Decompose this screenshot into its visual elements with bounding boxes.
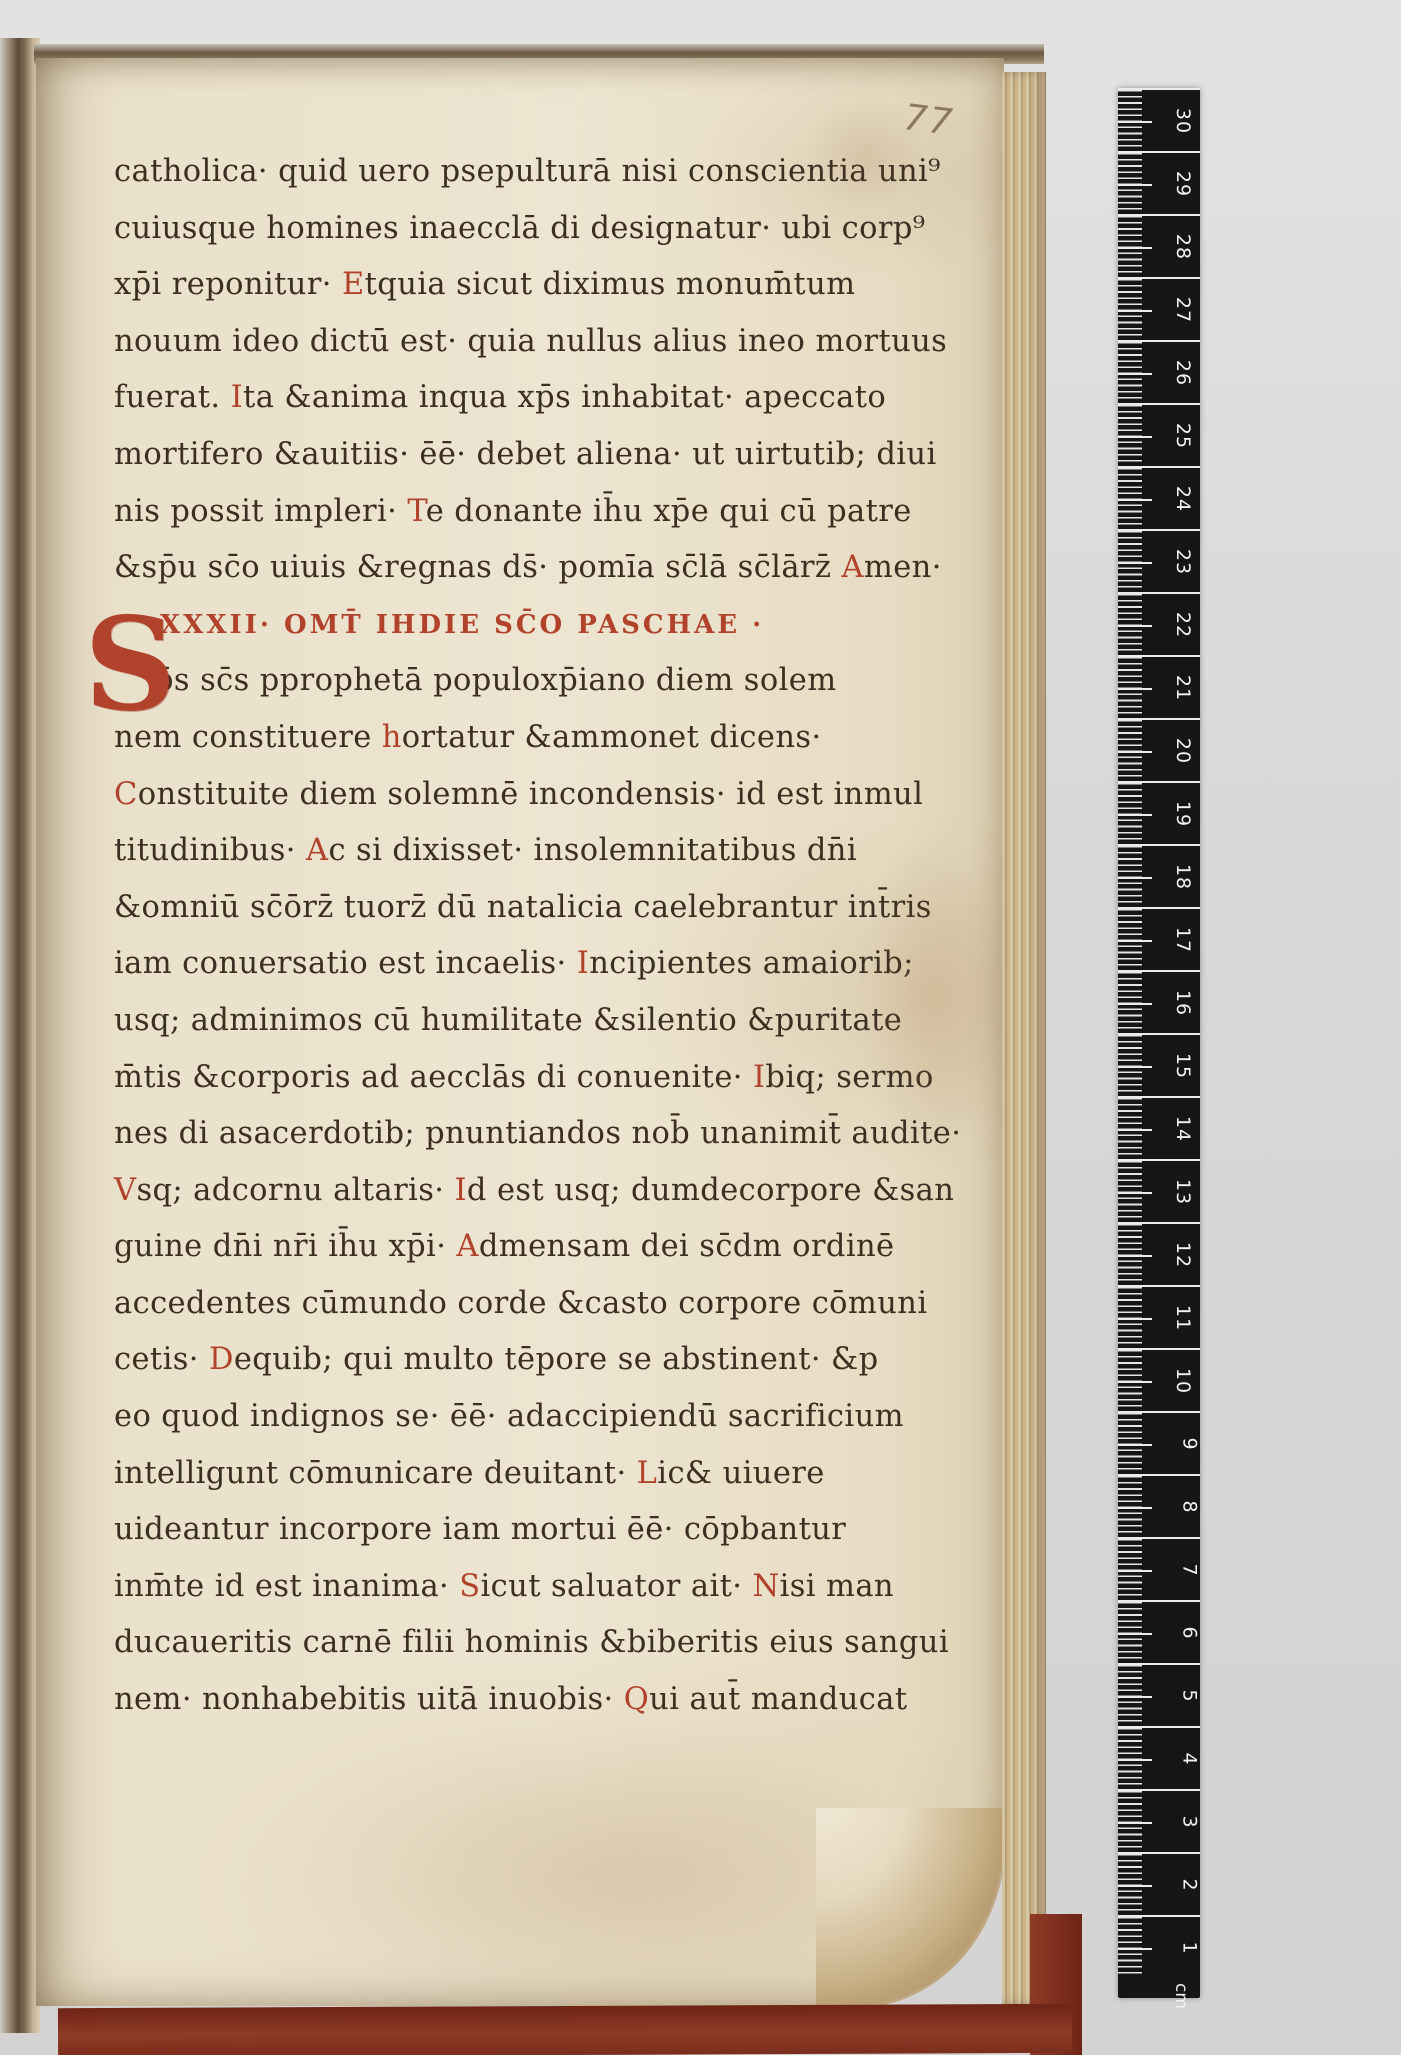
rubricated-letter: I — [753, 1060, 765, 1095]
ruler-number: 2 — [1178, 1878, 1200, 1891]
ruler-mm-ticks — [1118, 468, 1142, 529]
ruler-cm-cell: 24 — [1118, 466, 1200, 529]
manuscript-line: nouum ideo dictū est· quia nullus alius … — [114, 314, 994, 371]
ruler-number: 25 — [1172, 422, 1194, 448]
manuscript-line: eo quod indignos se· ēē· adaccipiendū sa… — [114, 1389, 994, 1446]
ruler-mm-ticks — [1118, 783, 1142, 844]
ruler-mm-ticks — [1118, 1602, 1142, 1663]
rubricated-letter: T — [407, 494, 425, 529]
ruler-cm-cell: 11 — [1118, 1285, 1200, 1348]
ruler-number: 1 — [1178, 1941, 1200, 1954]
ruler-cm-cell: 3 — [1118, 1789, 1200, 1852]
ruler-cm-cell: 6 — [1118, 1600, 1200, 1663]
rubricated-letter: C — [114, 777, 138, 812]
ruler-cm-cell: 9 — [1118, 1411, 1200, 1474]
ink-text: iam conuersatio est incaelis· — [114, 946, 577, 981]
ruler-mm-ticks — [1118, 909, 1142, 970]
manuscript-line: nem· nonhabebitis uitā inuobis· Qui aut̄… — [114, 1672, 994, 1729]
ruler-cm-cell: 28 — [1118, 214, 1200, 277]
ruler-number: 10 — [1172, 1367, 1194, 1393]
ruler-cm-cell: 10 — [1118, 1348, 1200, 1411]
ink-text: e donante ih̄u xp̄e qui cū patre — [426, 494, 912, 529]
text-block: catholica· quid uero psepulturā nisi con… — [114, 144, 994, 1729]
ink-text: c si dixisset· insolemnitatibus dn̄i — [328, 833, 857, 868]
manuscript-line: usq; adminimos cū humilitate &silentio &… — [114, 993, 994, 1050]
ink-text: ncipientes amaiorib; — [589, 946, 914, 981]
ink-text: catholica· quid uero psepulturā nisi con… — [114, 154, 941, 189]
ruler-mm-ticks — [1118, 1728, 1142, 1789]
rubricated-letter: N — [752, 1569, 779, 1604]
ink-text: icut saluator ait· — [481, 1569, 753, 1604]
manuscript-line: &omniū sc̄ōrz̄ tuorz̄ dū natalicia caele… — [114, 880, 994, 937]
book-spine-edge — [0, 38, 40, 2033]
ruler-mm-ticks — [1118, 1476, 1142, 1537]
ruler-mm-ticks — [1118, 1098, 1142, 1159]
ink-text: p̄s sc̄s pprophetā populoxp̄iano diem so… — [154, 663, 837, 698]
ink-text: titudinibus· — [114, 833, 306, 868]
ink-text: ui aut̄ manducat — [649, 1682, 907, 1717]
ruler-cm-cell: 30 — [1118, 88, 1200, 151]
manuscript-line: nem constituere hortatur &ammonet dicens… — [114, 710, 994, 767]
ruler-number: 23 — [1172, 548, 1194, 574]
ink-text: ortatur &ammonet dicens· — [402, 720, 822, 755]
ruler-number: 18 — [1172, 863, 1194, 889]
ruler-unit-label: cm — [1171, 1983, 1191, 2009]
ruler-mm-ticks — [1118, 279, 1142, 340]
ink-text: cetis· — [114, 1342, 209, 1377]
ink-text: sq; adcornu altaris· — [136, 1173, 454, 1208]
manuscript-line: inm̄te id est inanima· Sicut saluator ai… — [114, 1559, 994, 1616]
ruler-mm-ticks — [1118, 1791, 1142, 1852]
ruler-number: 4 — [1178, 1752, 1200, 1765]
rubricated-letter: A — [306, 833, 328, 868]
ruler-mm-ticks — [1118, 153, 1142, 214]
ruler-number: 5 — [1178, 1689, 1200, 1702]
rubricated-letter: A — [841, 550, 863, 585]
manuscript-line: Vsq; adcornu altaris· Id est usq; dumdec… — [114, 1163, 994, 1220]
ruler-mm-ticks — [1118, 1665, 1142, 1726]
ink-text: fuerat. — [114, 380, 231, 415]
manuscript-line: iam conuersatio est incaelis· Incipiente… — [114, 936, 994, 993]
ink-text: &sp̄u sc̄o uiuis &regnas ds̄· pomīa sc̄l… — [114, 550, 841, 585]
ruler-scale: 3029282726252423222120191817161514131211… — [1118, 88, 1200, 1978]
ruler-cm-cell: 8 — [1118, 1474, 1200, 1537]
ruler-number: 11 — [1172, 1304, 1194, 1330]
ink-text: guine dn̄i nr̄i ih̄u xp̄i· — [114, 1229, 456, 1264]
ruler-cm-cell: 1 — [1118, 1915, 1200, 1978]
ruler-cm-cell: 25 — [1118, 403, 1200, 466]
rubricated-letter: E — [342, 267, 365, 302]
rubricated-letter: I — [577, 946, 589, 981]
ink-text: onstituite diem solemnē incondensis· id … — [138, 777, 924, 812]
ruler-mm-ticks — [1118, 90, 1142, 151]
ink-text: ducaueritis carnē filii hominis &biberit… — [114, 1625, 949, 1660]
sermon-heading: SXXXII· OMT̄ IHDIE SC̄O PASCHAE ·p̄s sc̄… — [114, 597, 994, 767]
ruler-number: 7 — [1178, 1563, 1200, 1576]
ruler-cm-cell: 2 — [1118, 1852, 1200, 1915]
manuscript-line: mortifero &auitiis· ēē· debet aliena· ut… — [114, 427, 994, 484]
ruler-mm-ticks — [1118, 216, 1142, 277]
ink-text: nem· nonhabebitis uitā inuobis· — [114, 1682, 624, 1717]
manuscript-line: nis possit impleri· Te donante ih̄u xp̄e… — [114, 484, 994, 541]
ruler: 3029282726252423222120191817161514131211… — [1118, 88, 1200, 1998]
ruler-number: 12 — [1172, 1241, 1194, 1267]
ruler-cm-cell: 16 — [1118, 970, 1200, 1033]
ink-text: nes di asacerdotib; pnuntiandos nob̄ una… — [114, 1116, 961, 1151]
ruler-number: 3 — [1178, 1815, 1200, 1828]
manuscript-line: xp̄i reponitur· Etquia sicut diximus mon… — [114, 257, 994, 314]
ink-text: intelligunt cōmunicare deuitant· — [114, 1456, 637, 1491]
rubricated-letter: Q — [624, 1682, 649, 1717]
ink-text: inm̄te id est inanima· — [114, 1569, 459, 1604]
ruler-cm-cell: 27 — [1118, 277, 1200, 340]
rubricated-letter: S — [459, 1569, 480, 1604]
ruler-mm-ticks — [1118, 846, 1142, 907]
ruler-mm-ticks — [1118, 1917, 1142, 1978]
ruler-number: 14 — [1172, 1115, 1194, 1141]
ruler-mm-ticks — [1118, 1287, 1142, 1348]
ruler-number: 29 — [1172, 170, 1194, 196]
ruler-number: 8 — [1178, 1500, 1200, 1513]
ruler-mm-ticks — [1118, 1035, 1142, 1096]
manuscript-line: Constituite diem solemnē incondensis· id… — [114, 767, 994, 824]
ruler-mm-ticks — [1118, 342, 1142, 403]
ink-text: xp̄i reponitur· — [114, 267, 342, 302]
manuscript-page: 77 catholica· quid uero psepulturā nisi … — [36, 58, 1004, 2006]
ruler-cm-cell: 29 — [1118, 151, 1200, 214]
ruler-number: 28 — [1172, 233, 1194, 259]
ruler-cm-cell: 17 — [1118, 907, 1200, 970]
manuscript-line: fuerat. Ita &anima inqua xp̄s inhabitat·… — [114, 370, 994, 427]
manuscript-line: catholica· quid uero psepulturā nisi con… — [114, 144, 994, 201]
ruler-cm-cell: 7 — [1118, 1537, 1200, 1600]
rubricated-letter: D — [209, 1342, 234, 1377]
rubricated-letter: V — [114, 1173, 136, 1208]
ruler-mm-ticks — [1118, 594, 1142, 655]
rubricated-letter: XXXII· OMT̄ IHDIE SC̄O PASCHAE · — [160, 610, 764, 640]
rubricated-letter: I — [231, 380, 243, 415]
manuscript-line: intelligunt cōmunicare deuitant· Lic& ui… — [114, 1446, 994, 1503]
ruler-cm-cell: 22 — [1118, 592, 1200, 655]
ruler-unit: cm — [1118, 1978, 1200, 2022]
ruler-number: 9 — [1178, 1437, 1200, 1450]
ink-text: men· — [864, 550, 942, 585]
ruler-cm-cell: 4 — [1118, 1726, 1200, 1789]
ink-text: biq; sermo — [765, 1060, 933, 1095]
ruler-number: 13 — [1172, 1178, 1194, 1204]
ruler-cm-cell: 23 — [1118, 529, 1200, 592]
ruler-mm-ticks — [1118, 720, 1142, 781]
ink-text: accedentes cūmundo corde &casto corpore … — [114, 1286, 928, 1321]
ruler-number: 17 — [1172, 926, 1194, 952]
ruler-mm-ticks — [1118, 1161, 1142, 1222]
ink-text: uideantur incorpore iam mortui ēē· cōpba… — [114, 1512, 846, 1547]
manuscript-line: ducaueritis carnē filii hominis &biberit… — [114, 1615, 994, 1672]
ink-text: dmensam dei sc̄dm ordinē — [479, 1229, 895, 1264]
ruler-mm-ticks — [1118, 657, 1142, 718]
ruler-mm-ticks — [1118, 972, 1142, 1033]
manuscript-line: &sp̄u sc̄o uiuis &regnas ds̄· pomīa sc̄l… — [114, 540, 994, 597]
manuscript-line: cetis· Dequib; qui multo tēpore se absti… — [114, 1332, 994, 1389]
ink-text: nis possit impleri· — [114, 494, 407, 529]
manuscript-line: uideantur incorpore iam mortui ēē· cōpba… — [114, 1502, 994, 1559]
ruler-number: 19 — [1172, 800, 1194, 826]
manuscript-line: nes di asacerdotib; pnuntiandos nob̄ una… — [114, 1106, 994, 1163]
manuscript-line: titudinibus· Ac si dixisset· insolemnita… — [114, 823, 994, 880]
ruler-number: 6 — [1178, 1626, 1200, 1639]
ink-text: &omniū sc̄ōrz̄ tuorz̄ dū natalicia caele… — [114, 890, 932, 925]
manuscript-line: m̄tis &corporis ad aecclās di conuenite·… — [114, 1050, 994, 1107]
ruler-mm-ticks — [1118, 1350, 1142, 1411]
ruler-cm-cell: 14 — [1118, 1096, 1200, 1159]
folio-number: 77 — [902, 97, 956, 144]
ink-text: usq; adminimos cū humilitate &silentio &… — [114, 1003, 902, 1038]
rubricated-letter: h — [382, 720, 402, 755]
illuminated-initial: S — [84, 601, 177, 729]
ink-text: ta &anima inqua xp̄s inhabitat· apeccato — [243, 380, 886, 415]
rubricated-letter: L — [637, 1456, 658, 1491]
ink-text: mortifero &auitiis· ēē· debet aliena· ut… — [114, 437, 937, 472]
book-cover-red — [58, 2004, 1072, 2055]
ruler-cm-cell: 18 — [1118, 844, 1200, 907]
ink-text: equib; qui multo tēpore se abstinent· &p — [234, 1342, 879, 1377]
ruler-cm-cell: 20 — [1118, 718, 1200, 781]
ruler-number: 27 — [1172, 296, 1194, 322]
ruler-cm-cell: 21 — [1118, 655, 1200, 718]
ink-text: tquia sicut diximus monum̄tum — [365, 267, 856, 302]
ruler-number: 15 — [1172, 1052, 1194, 1078]
ink-text: nouum ideo dictū est· quia nullus alius … — [114, 324, 947, 359]
ruler-mm-ticks — [1118, 531, 1142, 592]
ruler-number: 30 — [1172, 107, 1194, 133]
ruler-cm-cell: 12 — [1118, 1222, 1200, 1285]
photograph-background: 77 catholica· quid uero psepulturā nisi … — [0, 0, 1401, 2055]
ruler-number: 20 — [1172, 737, 1194, 763]
rubricated-letter: I — [454, 1173, 466, 1208]
ink-text: cuiusque homines inaecclā di designatur·… — [114, 211, 925, 246]
rubricated-letter: A — [456, 1229, 478, 1264]
ruler-cm-cell: 15 — [1118, 1033, 1200, 1096]
ruler-cm-cell: 5 — [1118, 1663, 1200, 1726]
ink-text: ic& uiuere — [657, 1456, 824, 1491]
page-curl — [816, 1808, 1006, 2008]
ink-text: eo quod indignos se· ēē· adaccipiendū sa… — [114, 1399, 904, 1434]
ruler-mm-ticks — [1118, 405, 1142, 466]
ruler-mm-ticks — [1118, 1854, 1142, 1915]
ink-text: d est usq; dumdecorpore &san — [467, 1173, 954, 1208]
ruler-number: 16 — [1172, 989, 1194, 1015]
ruler-cm-cell: 19 — [1118, 781, 1200, 844]
ruler-mm-ticks — [1118, 1224, 1142, 1285]
ruler-number: 22 — [1172, 611, 1194, 637]
manuscript-line: cuiusque homines inaecclā di designatur·… — [114, 201, 994, 258]
manuscript-line: p̄s sc̄s pprophetā populoxp̄iano diem so… — [154, 653, 994, 710]
ruler-mm-ticks — [1118, 1539, 1142, 1600]
ruler-number: 21 — [1172, 674, 1194, 700]
ink-text: isi man — [780, 1569, 894, 1604]
ruler-cm-cell: 13 — [1118, 1159, 1200, 1222]
book-fore-edge-pages — [1002, 72, 1046, 2004]
ruler-number: 26 — [1172, 359, 1194, 385]
ruler-mm-ticks — [1118, 1413, 1142, 1474]
manuscript-line: accedentes cūmundo corde &casto corpore … — [114, 1276, 994, 1333]
ink-text: m̄tis &corporis ad aecclās di conuenite· — [114, 1060, 753, 1095]
ruler-cm-cell: 26 — [1118, 340, 1200, 403]
rubric-line: XXXII· OMT̄ IHDIE SC̄O PASCHAE · — [160, 597, 994, 654]
ruler-number: 24 — [1172, 485, 1194, 511]
manuscript-line: guine dn̄i nr̄i ih̄u xp̄i· Admensam dei … — [114, 1219, 994, 1276]
